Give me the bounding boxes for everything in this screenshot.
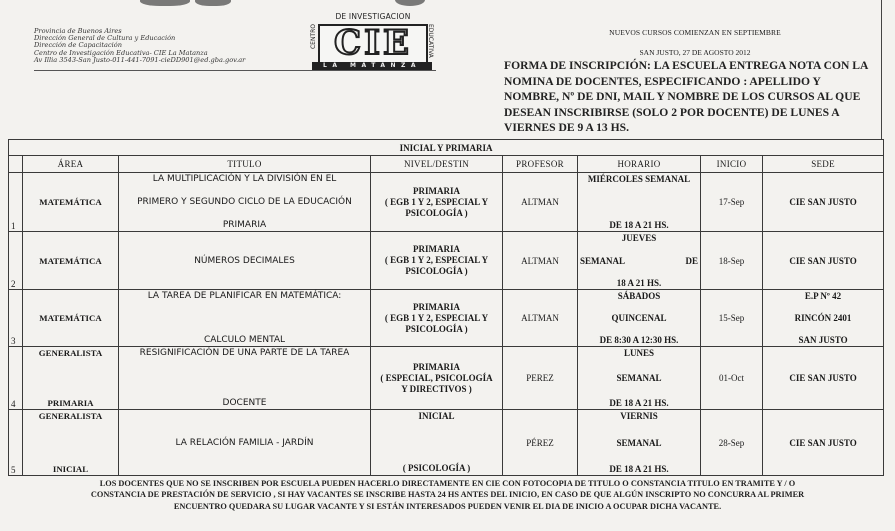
titulo-cell: LA MULTIPLICACIÓN Y LA DIVISIÓN EN ELPRI… bbox=[119, 173, 371, 232]
area-line bbox=[25, 174, 116, 184]
titulo-cell-lines: NÚMEROS DECIMALES bbox=[119, 232, 370, 289]
sede-line bbox=[765, 464, 881, 474]
footer-note: LOS DOCENTES QUE NO SE INSCRIBEN POR ESC… bbox=[14, 478, 881, 512]
footer-line: LOS DOCENTES QUE NO SE INSCRIBEN POR ESC… bbox=[14, 478, 881, 489]
horario-cell: LUNESSEMANALDE 18 A 21 HS. bbox=[578, 347, 701, 410]
profesor-cell: ALTMAN bbox=[503, 232, 578, 290]
area-cell-lines: GENERALISTA INICIAL bbox=[23, 410, 118, 475]
horario-line: MIÉRCOLES SEMANAL bbox=[580, 174, 698, 184]
area-cell: GENERALISTA INICIAL bbox=[23, 410, 119, 476]
area-line: MATEMÁTICA bbox=[25, 197, 116, 207]
nivel-cell-lines: INICIAL ( PSICOLOGÍA ) bbox=[371, 410, 502, 475]
horario-line bbox=[580, 197, 698, 207]
sede-line bbox=[765, 220, 881, 230]
nivel-line bbox=[373, 437, 500, 448]
nivel-cell: PRIMARIA( EGB 1 Y 2, ESPECIAL YPSICOLOGÍ… bbox=[371, 173, 503, 232]
area-line bbox=[25, 438, 116, 448]
titulo-cell: RESIGNIFICACIÓN DE UNA PARTE DE LA TAREA… bbox=[119, 347, 371, 410]
nivel-line: ( EGB 1 Y 2, ESPECIAL Y bbox=[371, 313, 502, 324]
horario-cell: JUEVESSEMANALDE18 A 21 HS. bbox=[578, 232, 701, 290]
horario-part: DE bbox=[685, 256, 698, 266]
sede-cell: CIE SAN JUSTO bbox=[763, 173, 884, 232]
area-line bbox=[25, 233, 116, 243]
titulo-line bbox=[121, 464, 368, 474]
area-cell: GENERALISTA PRIMARIA bbox=[23, 347, 119, 410]
titulo-cell-lines: RESIGNIFICACIÓN DE UNA PARTE DE LA TAREA… bbox=[119, 347, 370, 409]
sede-line: CIE SAN JUSTO bbox=[765, 197, 881, 207]
logo-box: CIE bbox=[318, 24, 428, 64]
nivel-line: PRIMARIA bbox=[371, 186, 502, 197]
inicio-cell: 18-Sep bbox=[701, 232, 763, 290]
table-section-title-row: INICIAL Y PRIMARIA bbox=[9, 140, 884, 156]
inicio-cell: 17-Sep bbox=[701, 173, 763, 232]
titulo-line bbox=[121, 411, 368, 421]
nivel-cell: PRIMARIA( EGB 1 Y 2, ESPECIAL YPSICOLOGÍ… bbox=[371, 232, 503, 290]
area-line: PRIMARIA bbox=[25, 398, 116, 408]
inicio-cell: 15-Sep bbox=[701, 290, 763, 347]
row-number: 4 bbox=[9, 347, 23, 410]
letterhead: Provincia de Buenos Aires Dirección Gene… bbox=[34, 28, 245, 64]
titulo-cell-lines: LA TAREA DE PLANIFICAR EN MATEMÁTICA: CA… bbox=[119, 290, 370, 346]
inscription-instructions: FORMA DE INSCRIPCIÓN: LA ESCUELA ENTREGA… bbox=[504, 58, 876, 136]
area-cell: MATEMÁTICA bbox=[23, 173, 119, 232]
row-number: 5 bbox=[9, 410, 23, 476]
area-line: MATEMÁTICA bbox=[25, 313, 116, 323]
horario-line: SEMANAL bbox=[580, 373, 698, 383]
logo-main-text: CIE bbox=[320, 23, 426, 63]
logo-left-text: CENTRO bbox=[310, 24, 317, 49]
announcement: NUEVOS CURSOS COMIENZAN EN SEPTIEMBRE bbox=[560, 28, 830, 37]
horario-cell: VIERNISSEMANALDE 18 A 21 HS. bbox=[578, 410, 701, 476]
titulo-line bbox=[121, 278, 368, 288]
cie-logo: DE INVESTIGACION CENTRO CIE EDUCATIVA LA… bbox=[310, 12, 434, 72]
sede-line: CIE SAN JUSTO bbox=[765, 373, 881, 383]
row-number: 1 bbox=[9, 173, 23, 232]
area-line: INICIAL bbox=[25, 464, 116, 474]
header-sede: SEDE bbox=[763, 156, 884, 173]
titulo-line bbox=[121, 313, 368, 323]
profesor-cell: PÉREZ bbox=[503, 410, 578, 476]
sede-line bbox=[765, 174, 881, 184]
sede-line bbox=[765, 348, 881, 358]
profesor-cell: ALTMAN bbox=[503, 173, 578, 232]
horario-part: SEMANAL bbox=[580, 256, 625, 266]
logo-top-text: DE INVESTIGACION bbox=[323, 12, 423, 21]
horario-line: DE 8:30 A 12:30 HS. bbox=[580, 335, 698, 345]
sede-cell-lines: CIE SAN JUSTO bbox=[763, 173, 883, 231]
table-body: 1 MATEMÁTICA LA MULTIPLICACIÓN Y LA DIVI… bbox=[9, 173, 884, 476]
logo-bottom-text: LA MATANZA bbox=[312, 62, 432, 70]
titulo-cell: NÚMEROS DECIMALES bbox=[119, 232, 371, 290]
titulo-cell: LA TAREA DE PLANIFICAR EN MATEMÁTICA: CA… bbox=[119, 290, 371, 347]
titulo-line: LA TAREA DE PLANIFICAR EN MATEMÁTICA: bbox=[121, 291, 368, 301]
area-cell-lines: MATEMÁTICA bbox=[23, 290, 118, 346]
horario-line: 18 A 21 HS. bbox=[580, 278, 698, 288]
profesor-cell: PEREZ bbox=[503, 347, 578, 410]
table-row: 5GENERALISTA INICIAL LA RELACIÓN FAMILIA… bbox=[9, 410, 884, 476]
horario-line: SEMANAL bbox=[580, 438, 698, 448]
horario-cell: SÁBADOSQUINCENALDE 8:30 A 12:30 HS. bbox=[578, 290, 701, 347]
nivel-line: PRIMARIA bbox=[371, 302, 502, 313]
titulo-line: PRIMERO Y SEGUNDO CICLO DE LA EDUCACIÓN bbox=[121, 197, 368, 207]
emblem-fragment bbox=[195, 0, 231, 6]
sede-cell: E.P Nº 42RINCÓN 2401SAN JUSTO bbox=[763, 290, 884, 347]
horario-line: JUEVES bbox=[580, 233, 698, 243]
titulo-line bbox=[121, 233, 368, 243]
sede-cell: CIE SAN JUSTO bbox=[763, 232, 884, 290]
area-line: GENERALISTA bbox=[25, 348, 116, 358]
sede-line: SAN JUSTO bbox=[765, 335, 881, 345]
nivel-line: Y DIRECTIVOS ) bbox=[371, 384, 502, 395]
header-nivel: NIVEL/DESTIN bbox=[371, 156, 503, 173]
table-row: 4GENERALISTA PRIMARIARESIGNIFICACIÓN DE … bbox=[9, 347, 884, 410]
horario-line: SÁBADOS bbox=[580, 291, 698, 301]
sede-line bbox=[765, 398, 881, 408]
titulo-line: LA MULTIPLICACIÓN Y LA DIVISIÓN EN EL bbox=[121, 174, 368, 184]
footer-line: ENCUENTRO QUEDARA SU LUGAR VACANTE Y SI … bbox=[14, 501, 881, 512]
titulo-line: NÚMEROS DECIMALES bbox=[121, 256, 368, 266]
titulo-line bbox=[121, 373, 368, 383]
emblem-fragment bbox=[395, 0, 425, 6]
nivel-cell: PRIMARIA( ESPECIAL, PSICOLOGÍAY DIRECTIV… bbox=[371, 347, 503, 410]
sede-cell: CIE SAN JUSTO bbox=[763, 410, 884, 476]
titulo-line: CALCULO MENTAL bbox=[121, 335, 368, 345]
area-cell: MATEMÁTICA bbox=[23, 290, 119, 347]
horario-line: QUINCENAL bbox=[580, 313, 698, 323]
header-horario: HORARIO bbox=[578, 156, 701, 173]
area-cell-lines: MATEMÁTICA bbox=[23, 173, 118, 231]
sede-cell-lines: CIE SAN JUSTO bbox=[763, 232, 883, 289]
titulo-cell-lines: LA RELACIÓN FAMILIA - JARDÍN bbox=[119, 410, 370, 475]
sede-line: RINCÓN 2401 bbox=[765, 313, 881, 323]
titulo-line: PRIMARIA bbox=[121, 220, 368, 230]
horario-line: SEMANALDE bbox=[580, 256, 698, 266]
nivel-line: INICIAL bbox=[373, 411, 500, 422]
nivel-line: PRIMARIA bbox=[371, 244, 502, 255]
area-cell: MATEMÁTICA bbox=[23, 232, 119, 290]
titulo-line: LA RELACIÓN FAMILIA - JARDÍN bbox=[121, 438, 368, 448]
horario-line: LUNES bbox=[580, 348, 698, 358]
page-border-line bbox=[881, 0, 882, 139]
sede-line: CIE SAN JUSTO bbox=[765, 438, 881, 448]
horario-line: VIERNIS bbox=[580, 411, 698, 421]
nivel-cell: INICIAL ( PSICOLOGÍA ) bbox=[371, 410, 503, 476]
horario-line: DE 18 A 21 HS. bbox=[580, 220, 698, 230]
horario-cell-lines: SÁBADOSQUINCENALDE 8:30 A 12:30 HS. bbox=[578, 290, 700, 346]
sede-cell: CIE SAN JUSTO bbox=[763, 347, 884, 410]
sede-cell-lines: CIE SAN JUSTO bbox=[763, 347, 883, 409]
table-row: 2 MATEMÁTICA NÚMEROS DECIMALES PRIMARIA(… bbox=[9, 232, 884, 290]
nivel-line: PSICOLOGÍA ) bbox=[371, 208, 502, 219]
row-number: 2 bbox=[9, 232, 23, 290]
logo-right-text: EDUCATIVA bbox=[427, 24, 434, 58]
titulo-cell-lines: LA MULTIPLICACIÓN Y LA DIVISIÓN EN ELPRI… bbox=[119, 173, 370, 231]
nivel-line: ( PSICOLOGÍA ) bbox=[373, 463, 500, 474]
emblem-fragment bbox=[140, 0, 190, 6]
nivel-line: ( EGB 1 Y 2, ESPECIAL Y bbox=[371, 255, 502, 266]
nivel-line: PSICOLOGÍA ) bbox=[371, 266, 502, 277]
header-area: ÁREA bbox=[23, 156, 119, 173]
horario-cell-lines: MIÉRCOLES SEMANAL DE 18 A 21 HS. bbox=[578, 173, 700, 231]
nivel-line: ( ESPECIAL, PSICOLOGÍA bbox=[371, 373, 502, 384]
area-line bbox=[25, 278, 116, 288]
horario-cell: MIÉRCOLES SEMANAL DE 18 A 21 HS. bbox=[578, 173, 701, 232]
horario-line: DE 18 A 21 HS. bbox=[580, 464, 698, 474]
table-row: 1 MATEMÁTICA LA MULTIPLICACIÓN Y LA DIVI… bbox=[9, 173, 884, 232]
section-title: INICIAL Y PRIMARIA bbox=[9, 140, 884, 156]
area-line: MATEMÁTICA bbox=[25, 256, 116, 266]
nivel-line: PSICOLOGÍA ) bbox=[371, 324, 502, 335]
titulo-cell: LA RELACIÓN FAMILIA - JARDÍN bbox=[119, 410, 371, 476]
profesor-cell: ALTMAN bbox=[503, 290, 578, 347]
horario-line: DE 18 A 21 HS. bbox=[580, 398, 698, 408]
footer-line: CONSTANCIA DE PRESTACIÓN DE SERVICIO , S… bbox=[14, 489, 881, 500]
sede-line bbox=[765, 411, 881, 421]
sede-line bbox=[765, 278, 881, 288]
sede-cell-lines: CIE SAN JUSTO bbox=[763, 410, 883, 475]
nivel-cell: PRIMARIA( EGB 1 Y 2, ESPECIAL YPSICOLOGÍ… bbox=[371, 290, 503, 347]
nivel-line: ( EGB 1 Y 2, ESPECIAL Y bbox=[371, 197, 502, 208]
sede-line bbox=[765, 233, 881, 243]
horario-cell-lines: JUEVESSEMANALDE18 A 21 HS. bbox=[578, 232, 700, 289]
horario-cell-lines: LUNESSEMANALDE 18 A 21 HS. bbox=[578, 347, 700, 409]
table-row: 3 MATEMÁTICA LA TAREA DE PLANIFICAR EN M… bbox=[9, 290, 884, 347]
nivel-line: PRIMARIA bbox=[371, 362, 502, 373]
date-line: SAN JUSTO, 27 DE AGOSTO 2012 bbox=[560, 48, 830, 57]
header-inicio: INICIO bbox=[701, 156, 763, 173]
titulo-line: DOCENTE bbox=[121, 398, 368, 408]
horario-cell-lines: VIERNISSEMANALDE 18 A 21 HS. bbox=[578, 410, 700, 475]
area-cell-lines: GENERALISTA PRIMARIA bbox=[23, 347, 118, 409]
area-line bbox=[25, 335, 116, 345]
inicio-cell: 01-Oct bbox=[701, 347, 763, 410]
header-num bbox=[9, 156, 23, 173]
area-line bbox=[25, 373, 116, 383]
letterhead-line: Av Illia 3543-San Justo-011-441-7091-cie… bbox=[34, 57, 245, 64]
sede-cell-lines: E.P Nº 42RINCÓN 2401SAN JUSTO bbox=[763, 290, 883, 346]
area-line bbox=[25, 220, 116, 230]
header-titulo: TITULO bbox=[119, 156, 371, 173]
sede-line: CIE SAN JUSTO bbox=[765, 256, 881, 266]
titulo-line: RESIGNIFICACIÓN DE UNA PARTE DE LA TAREA bbox=[121, 348, 368, 358]
area-cell-lines: MATEMÁTICA bbox=[23, 232, 118, 289]
inicio-cell: 28-Sep bbox=[701, 410, 763, 476]
area-line bbox=[25, 291, 116, 301]
area-line: GENERALISTA bbox=[25, 411, 116, 421]
courses-table: INICIAL Y PRIMARIA ÁREA TITULO NIVEL/DES… bbox=[8, 139, 884, 476]
sede-line: E.P Nº 42 bbox=[765, 291, 881, 301]
header-profesor: PROFESOR bbox=[503, 156, 578, 173]
row-number: 3 bbox=[9, 290, 23, 347]
table-header-row: ÁREA TITULO NIVEL/DESTIN PROFESOR HORARI… bbox=[9, 156, 884, 173]
